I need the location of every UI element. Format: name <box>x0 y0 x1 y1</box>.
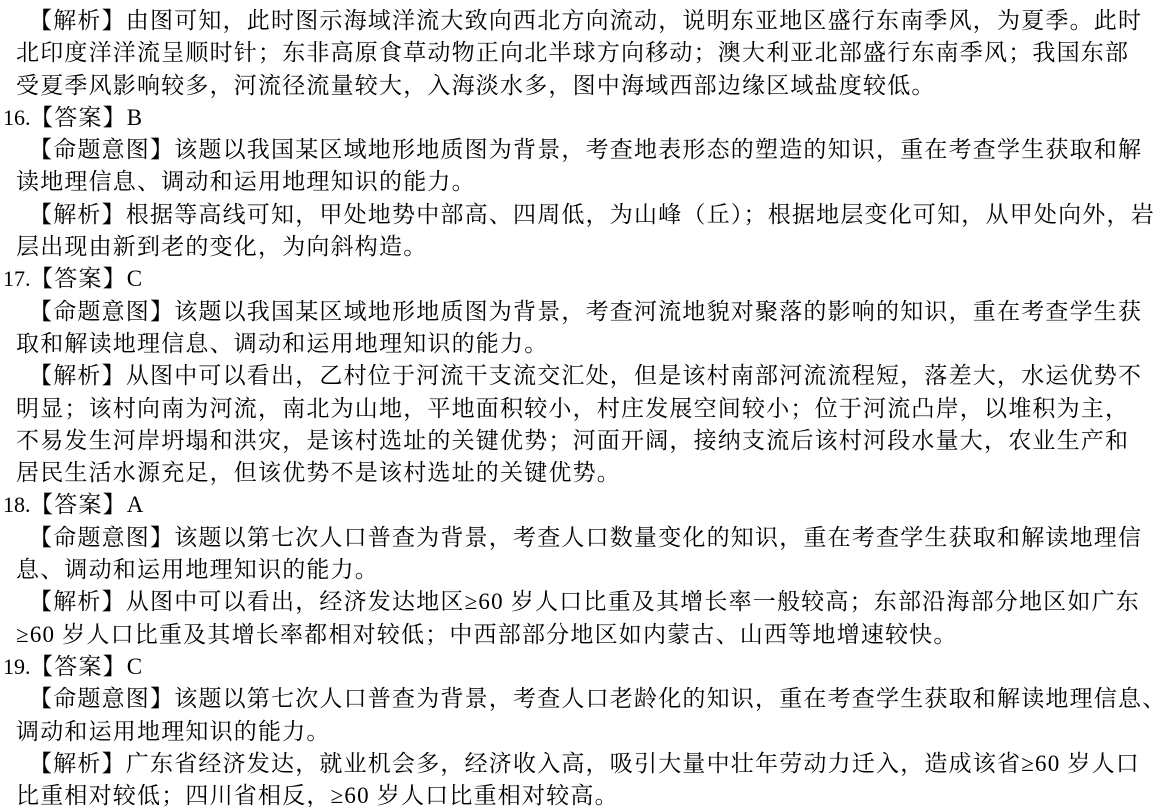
line-text: 【解析】从图中可以看出，经济发达地区≥60 岁人口比重及其增长率一般较高；东部沿… <box>29 589 1140 614</box>
line-text: 居民生活水源充足，但该优势不是该村选址的关键优势。 <box>16 460 621 485</box>
line-text: 【命题意图】该题以第七次人口普查为背景，考查人口老龄化的知识，重在考查学生获取和… <box>29 686 1166 711</box>
document-line: 调动和运用地理知识的能力。 <box>0 716 1167 748</box>
document-line: 不易发生河岸坍塌和洪灾，是该村选址的关键优势；河面开阔，接纳支流后该村河段水量大… <box>0 425 1167 457</box>
document-line: 明显；该村向南为河流，南北为山地，平地面积较小，村庄发展空间较小；位于河流凸岸，… <box>0 393 1167 425</box>
line-text: 【解析】由图可知，此时图示海域洋流大致向西北方向流动，说明东亚地区盛行东南季风，… <box>29 8 1142 33</box>
document-line: 读地理信息、调动和运用地理知识的能力。 <box>0 166 1167 198</box>
item-number: 16. <box>3 102 30 134</box>
line-text: 受夏季风影响较多，河流径流量较大，入海淡水多，图中海域西部边缘区域盐度较低。 <box>16 73 936 98</box>
line-text: 【命题意图】该题以我国某区域地形地质图为背景，考查河流地貌对聚落的影响的知识，重… <box>29 299 1142 324</box>
item-number: 19. <box>3 651 30 683</box>
line-text: 取和解读地理信息、调动和运用地理知识的能力。 <box>16 331 548 356</box>
document-line: 【命题意图】该题以我国某区域地形地质图为背景，考查地表形态的塑造的知识，重在考查… <box>0 134 1167 166</box>
line-text: 比重相对较低；四川省相反，≥60 岁人口比重相对较高。 <box>16 783 619 807</box>
answer-key-document: 【解析】由图可知，此时图示海域洋流大致向西北方向流动，说明东亚地区盛行东南季风，… <box>0 0 1167 807</box>
document-line: 【解析】广东省经济发达，就业机会多，经济收入高，吸引大量中壮年劳动力迁入，造成该… <box>0 748 1167 780</box>
line-text: 【答案】A <box>30 492 145 517</box>
document-line: 【解析】从图中可以看出，乙村位于河流干支流交汇处，但是该村南部河流流程短，落差大… <box>0 360 1167 392</box>
line-text: 【解析】根据等高线可知，甲处地势中部高、四周低，为山峰（丘）；根据地层变化可知，… <box>29 202 1155 227</box>
line-text: 不易发生河岸坍塌和洪灾，是该村选址的关键优势；河面开阔，接纳支流后该村河段水量大… <box>16 428 1129 453</box>
document-line: 息、调动和运用地理知识的能力。 <box>0 554 1167 586</box>
line-text: 调动和运用地理知识的能力。 <box>16 719 331 744</box>
line-text: 【答案】B <box>30 105 143 130</box>
line-text: 【答案】C <box>30 266 143 291</box>
line-text: 层出现由新到老的变化，为向斜构造。 <box>16 234 427 259</box>
document-line: 【解析】由图可知，此时图示海域洋流大致向西北方向流动，说明东亚地区盛行东南季风，… <box>0 5 1167 37</box>
line-text: 明显；该村向南为河流，南北为山地，平地面积较小，村庄发展空间较小；位于河流凸岸，… <box>16 396 1129 421</box>
line-text: 【解析】广东省经济发达，就业机会多，经济收入高，吸引大量中壮年劳动力迁入，造成该… <box>29 751 1140 776</box>
document-line: 19.【答案】C <box>0 651 1167 683</box>
line-text: ≥60 岁人口比重及其增长率都相对较低；中西部部分地区如内蒙古、山西等地增速较快… <box>16 622 958 647</box>
document-line: 北印度洋洋流呈顺时针；东非高原食草动物正向北半球方向移动；澳大利亚北部盛行东南季… <box>0 37 1167 69</box>
line-text: 【解析】从图中可以看出，乙村位于河流干支流交汇处，但是该村南部河流流程短，落差大… <box>29 363 1142 388</box>
item-number: 17. <box>3 263 30 295</box>
item-number: 18. <box>3 489 30 521</box>
line-text: 息、调动和运用地理知识的能力。 <box>16 557 379 582</box>
document-line: 层出现由新到老的变化，为向斜构造。 <box>0 231 1167 263</box>
document-line: ≥60 岁人口比重及其增长率都相对较低；中西部部分地区如内蒙古、山西等地增速较快… <box>0 619 1167 651</box>
document-line: 【命题意图】该题以第七次人口普查为背景，考查人口老龄化的知识，重在考查学生获取和… <box>0 683 1167 715</box>
document-line: 16.【答案】B <box>0 102 1167 134</box>
line-text: 【命题意图】该题以我国某区域地形地质图为背景，考查地表形态的塑造的知识，重在考查… <box>29 137 1142 162</box>
document-line: 受夏季风影响较多，河流径流量较大，入海淡水多，图中海域西部边缘区域盐度较低。 <box>0 70 1167 102</box>
line-text: 【命题意图】该题以第七次人口普查为背景，考查人口数量变化的知识，重在考查学生获取… <box>29 525 1142 550</box>
document-line: 【命题意图】该题以第七次人口普查为背景，考查人口数量变化的知识，重在考查学生获取… <box>0 522 1167 554</box>
line-text: 北印度洋洋流呈顺时针；东非高原食草动物正向北半球方向移动；澳大利亚北部盛行东南季… <box>16 40 1129 65</box>
line-text: 读地理信息、调动和运用地理知识的能力。 <box>16 169 476 194</box>
document-line: 17.【答案】C <box>0 263 1167 295</box>
document-line: 【命题意图】该题以我国某区域地形地质图为背景，考查河流地貌对聚落的影响的知识，重… <box>0 296 1167 328</box>
document-line: 比重相对较低；四川省相反，≥60 岁人口比重相对较高。 <box>0 780 1167 807</box>
document-line: 取和解读地理信息、调动和运用地理知识的能力。 <box>0 328 1167 360</box>
document-line: 居民生活水源充足，但该优势不是该村选址的关键优势。 <box>0 457 1167 489</box>
document-line: 【解析】根据等高线可知，甲处地势中部高、四周低，为山峰（丘）；根据地层变化可知，… <box>0 199 1167 231</box>
line-text: 【答案】C <box>30 654 143 679</box>
document-line: 【解析】从图中可以看出，经济发达地区≥60 岁人口比重及其增长率一般较高；东部沿… <box>0 586 1167 618</box>
document-line: 18.【答案】A <box>0 489 1167 521</box>
